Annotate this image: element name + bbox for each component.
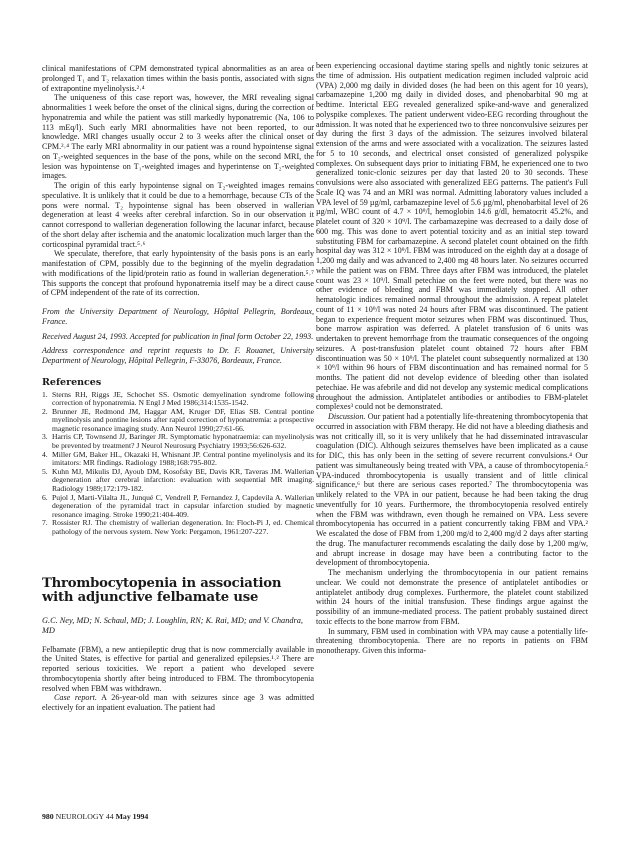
article-abstract: Felbamate (FBM), a new antiepileptic dru… (42, 645, 314, 694)
reference-item: 3.Harris CP, Townsend JJ, Baringer JR. S… (52, 433, 314, 450)
reference-item: 5.Kuhn MJ, Mikulis DJ, Ayoub DM, Kosofsk… (52, 468, 314, 494)
received-note: Received August 24, 1993. Accepted for p… (42, 332, 314, 342)
body-paragraph: We speculate, therefore, that early hypo… (42, 249, 314, 298)
reference-item: 4.Miller GM, Baker HL, Okazaki H, Whisna… (52, 451, 314, 468)
left-column: clinical manifestations of CPM demonstra… (42, 64, 314, 713)
discussion-paragraph: Discussion. Our patient had a potentiall… (316, 412, 588, 568)
article-title: Thrombocytopenia in association with adj… (42, 577, 314, 606)
body-paragraph: clinical manifestations of CPM demonstra… (42, 64, 314, 93)
references-list: 1.Sterns RH, Riggs JE, Schochet SS. Osmo… (42, 391, 314, 537)
reference-item: 1.Sterns RH, Riggs JE, Schochet SS. Osmo… (52, 391, 314, 408)
reference-item: 7.Rossister RJ. The chemistry of walleri… (52, 519, 314, 536)
body-paragraph: The uniqueness of this case report was, … (42, 93, 314, 181)
right-column: been experiencing occasional daytime sta… (316, 61, 588, 656)
journal-name: NEUROLOGY 44 (56, 812, 114, 821)
case-report-label: Case report. (54, 693, 97, 702)
reference-item: 6.Pujol J, Marti-Vilalta JL, Junqué C, V… (52, 494, 314, 520)
issue-date: May 1994 (116, 812, 149, 821)
references-heading: References (42, 378, 314, 388)
correspondence-note: Address correspondence and reprint reque… (42, 346, 314, 366)
affiliation-note: From the University Department of Neurol… (42, 307, 314, 327)
article-authors: G.C. Ney, MD; N. Schaul, MD; J. Loughlin… (42, 616, 314, 636)
discussion-label: Discussion. (328, 412, 366, 421)
page-number: 980 (42, 812, 54, 821)
case-report-continued: been experiencing occasional daytime sta… (316, 61, 588, 412)
page-footer: 980 NEUROLOGY 44 May 1994 (42, 812, 148, 821)
mechanism-paragraph: The mechanism underlying the thrombocyto… (316, 568, 588, 627)
reference-item: 2.Brunner JE, Redmond JM, Haggar AM, Kru… (52, 408, 314, 434)
case-report-paragraph: Case report. A 26-year-old man with seiz… (42, 693, 314, 713)
body-paragraph: The origin of this early hypointense sig… (42, 181, 314, 249)
summary-paragraph: In summary, FBM used in combination with… (316, 627, 588, 656)
